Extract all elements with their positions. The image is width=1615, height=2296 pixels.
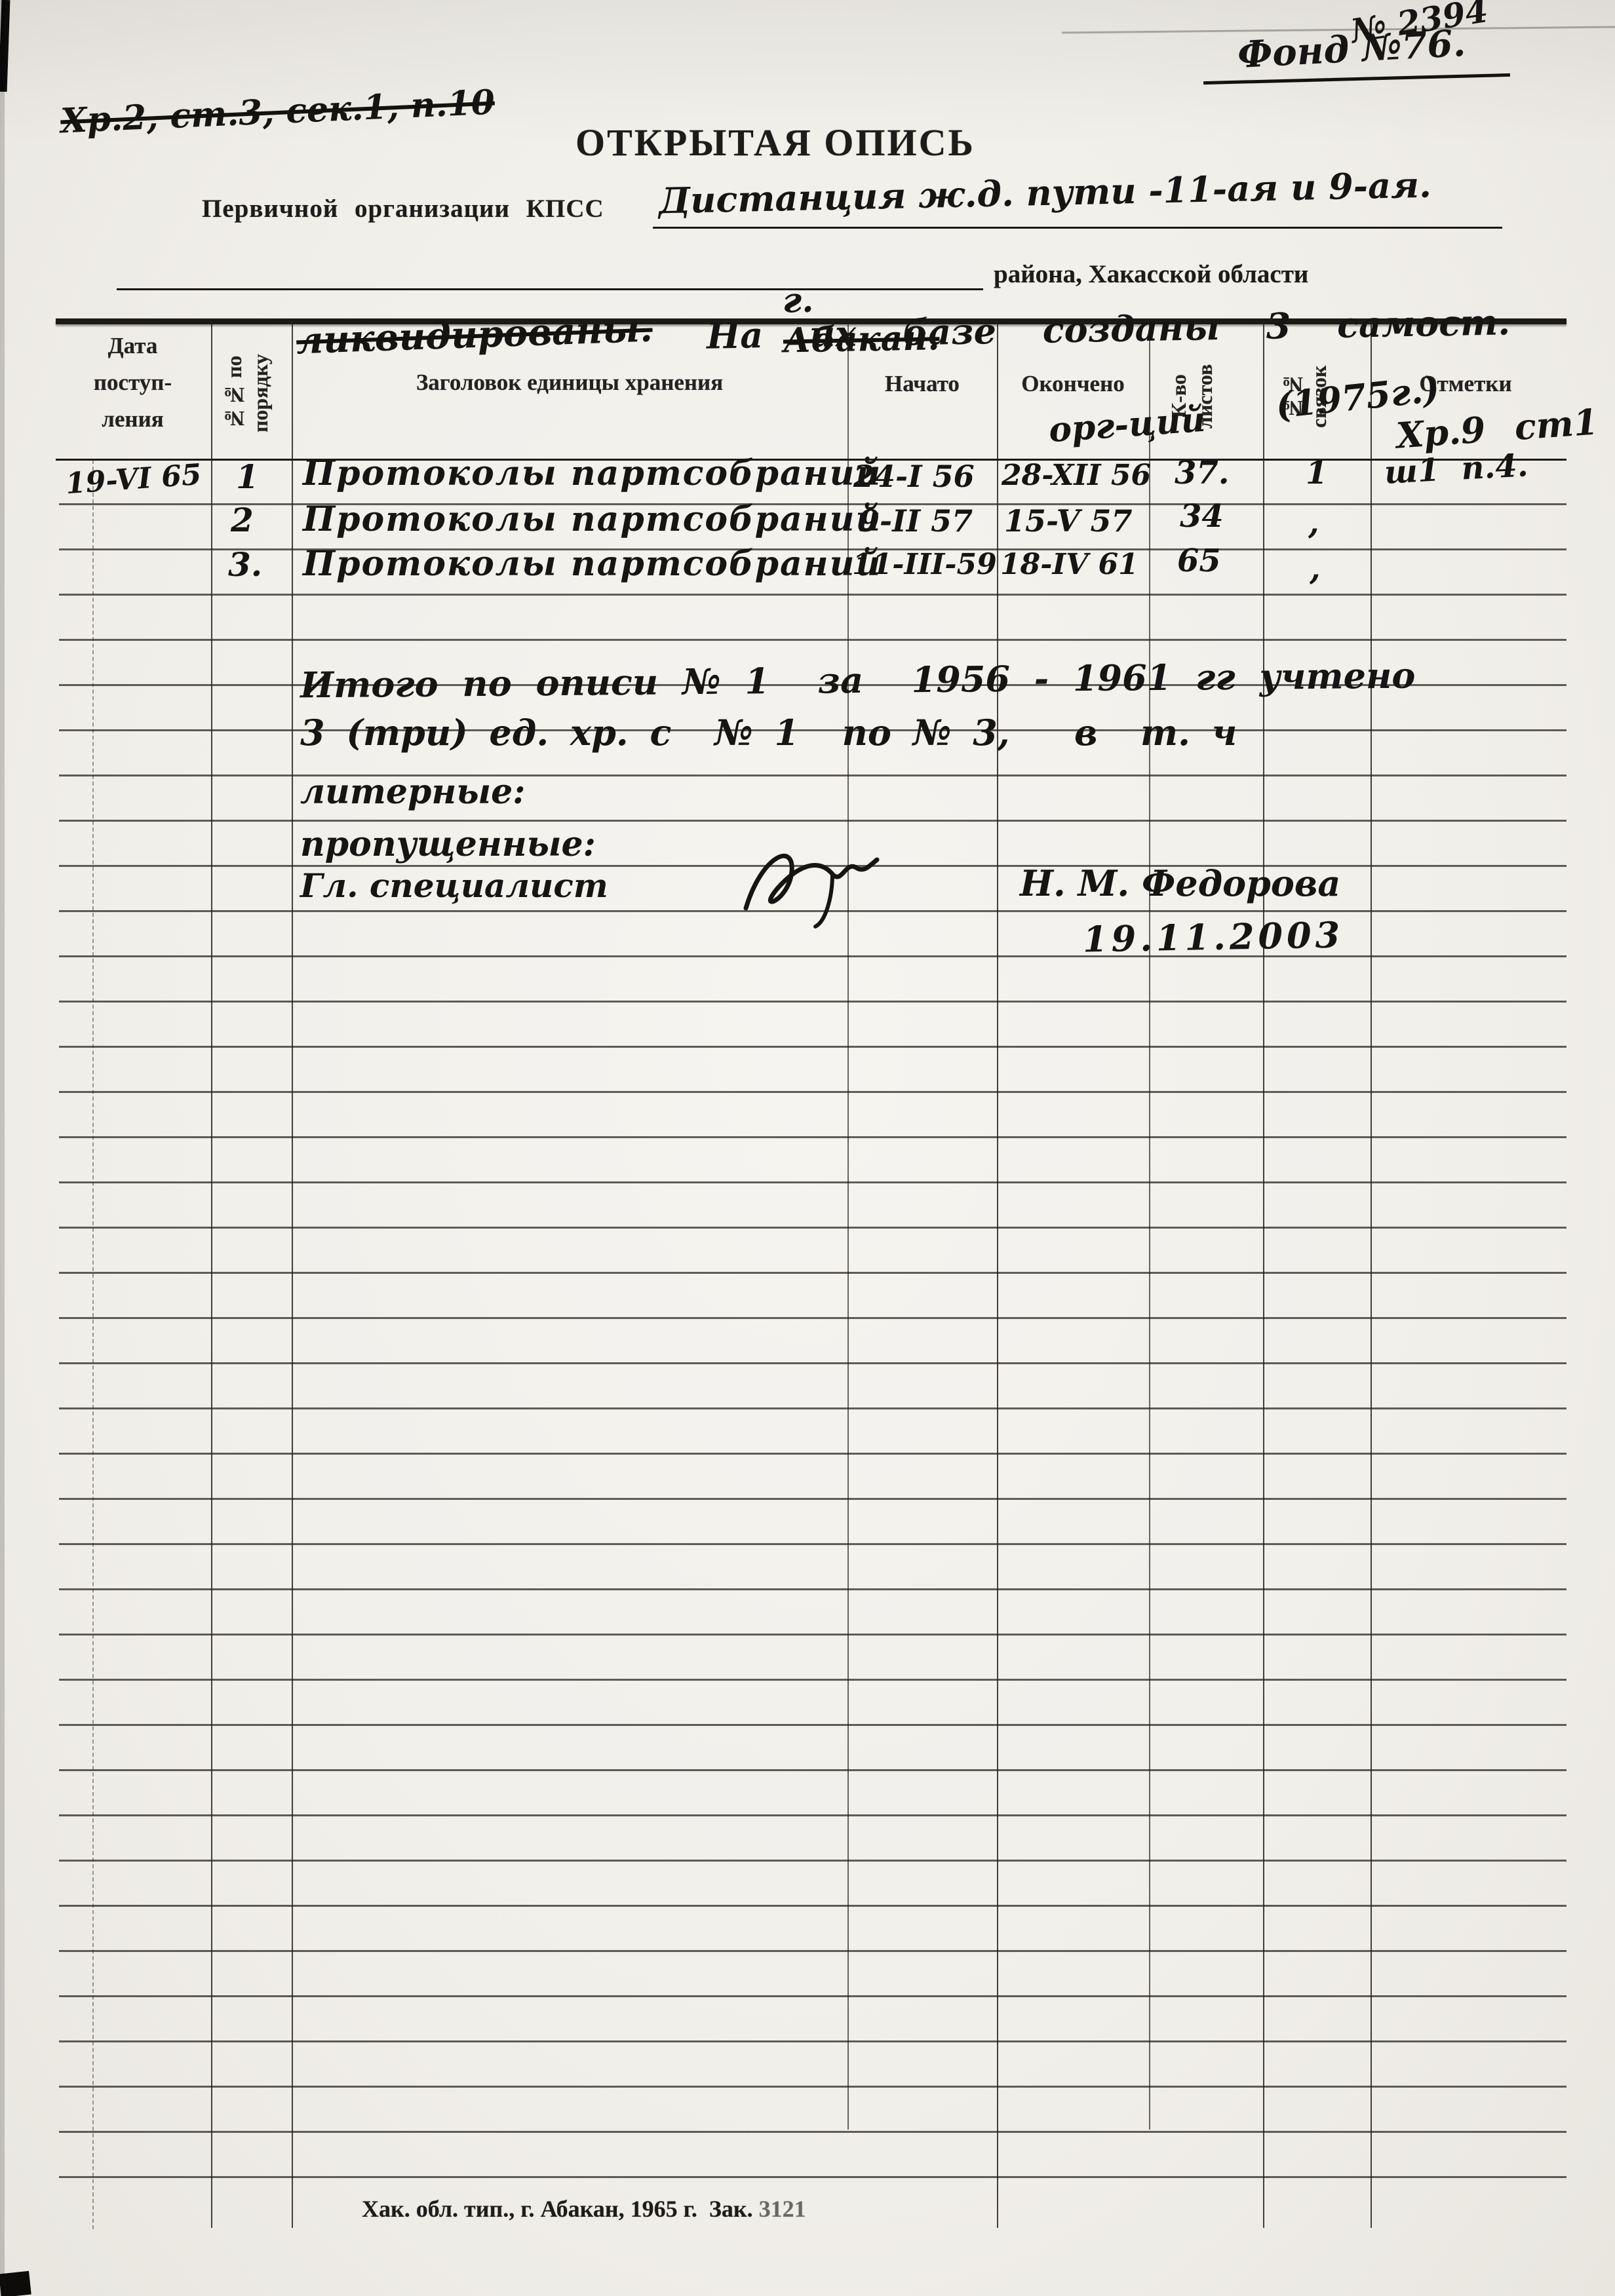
column-line-5 [1149, 321, 1150, 2130]
table-row-2-finished: 15-V 57 [1004, 503, 1132, 539]
table-row-2-bundles: , [1308, 505, 1319, 541]
org-label: Первичной организации КПСС [202, 194, 604, 223]
scanned-page: № 2394 Фонд №76. Хр.2, ст.3, сек.1, п.10… [0, 0, 1615, 2296]
scan-artifact-left-shadow [0, 0, 5, 2296]
table-row-1-num: 1 [236, 457, 259, 496]
table-row-1-finished: 28-XII 56 [1002, 459, 1151, 492]
region-label: района, Хакасской области [994, 259, 1308, 289]
table-row-3-title: Протоколы партсобраний [303, 544, 882, 584]
header-date: Дата поступ- ления [62, 328, 203, 438]
column-line-3 [847, 321, 849, 2130]
signoff-name: Н. М. Федорова [1020, 862, 1340, 904]
table-row-2-sheets: 34 [1180, 498, 1224, 535]
imprint-order-number: 3121 [759, 2196, 806, 2222]
table-row-1-bundles: 1 [1306, 455, 1327, 491]
page-title: ОТКРЫТАЯ ОПИСЬ [575, 121, 975, 164]
imprint: Хак. обл. тип., г. Абакан, 1965 г. Зак. … [362, 2195, 806, 2223]
table-row-1-title: Протоколы партсобраний [303, 453, 882, 493]
table-row-1-started: 24-I 56 [853, 459, 975, 494]
table-row-3-num: 3. [228, 545, 262, 584]
table-row-3-finished: 18-IV 61 [1000, 548, 1138, 581]
table-row-2-title: Протоколы партсобраний [303, 499, 882, 539]
summary-line-3: литерные: [300, 772, 525, 812]
date-column-dashed-line [92, 460, 94, 2229]
org-value: Дистанция ж.д. пути -11-ая и 9-ая. [658, 164, 1431, 222]
table-row-2-started: 9-II 57 [859, 503, 973, 539]
table-row-3-started: 11-III-59 [852, 548, 997, 581]
column-line-4 [997, 321, 998, 2228]
header-title: Заголовок единицы хранения [292, 367, 847, 398]
signoff-role: Гл. специалист [300, 866, 608, 905]
table-row-1-sheets: 37. [1175, 455, 1230, 491]
signature-mark [734, 837, 891, 929]
header-number: №№ по порядку [221, 331, 273, 455]
column-line-6 [1263, 321, 1264, 2228]
table-row-1-notes: ш1 п.4. [1384, 447, 1529, 491]
imprint-text: Хак. обл. тип., г. Абакан, 1965 г. Зак. [362, 2196, 753, 2222]
summary-line-4: пропущенные: [300, 824, 596, 864]
table-row-3-sheets: 65 [1177, 543, 1221, 579]
signoff-date: 19.11.2003 [1082, 914, 1344, 961]
column-line-2 [292, 321, 293, 2228]
summary-line-2: 3 (три) ед. хр. с № 1 по № 3, в т. ч [300, 712, 1237, 754]
header-note-struck: ликвидированы. [296, 307, 653, 363]
column-line-7 [1371, 321, 1372, 2228]
header-started: Начато [847, 368, 997, 399]
storage-old-note: Хр.2, ст.3, сек.1, п.10 [60, 83, 496, 142]
column-line-1 [211, 321, 212, 2228]
table-row-3-bundles: , [1310, 550, 1321, 587]
city-underline [117, 288, 983, 290]
org-underline [653, 227, 1502, 229]
table-row-2-num: 2 [231, 501, 254, 539]
header-finished: Окончено [997, 368, 1149, 399]
scan-artifact-bottom-corner [0, 2271, 31, 2296]
